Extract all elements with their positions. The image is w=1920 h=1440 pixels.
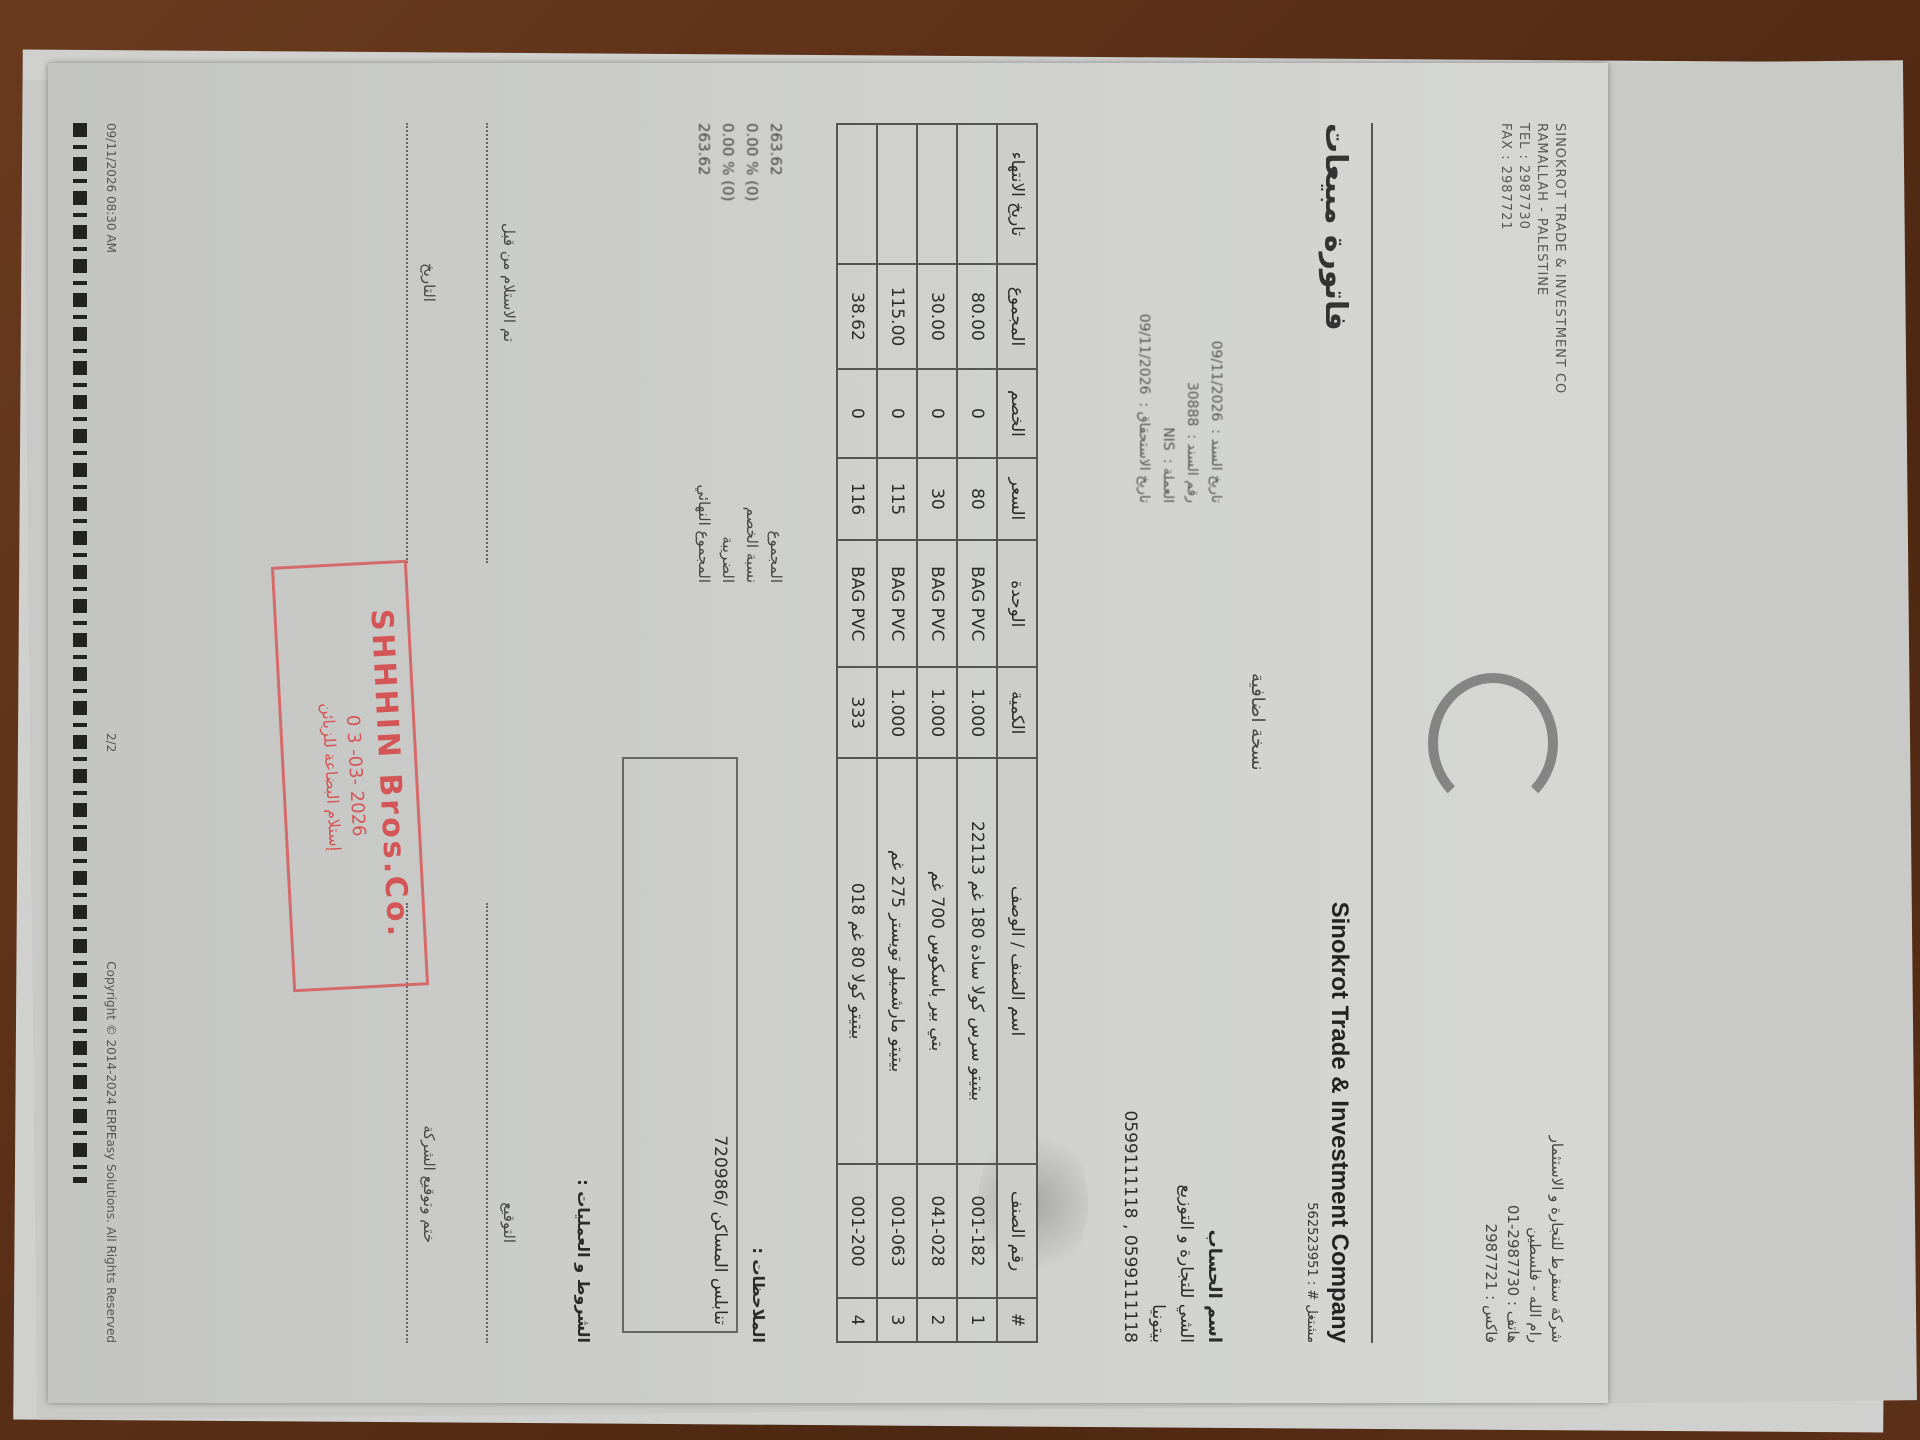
table-row: 1001-182بيتيتو سرس كولا سادة 180 غم 2211…	[957, 124, 997, 1342]
cell-code: 001-182	[957, 1164, 997, 1298]
cell-qty: 1.000	[917, 667, 957, 758]
cell-disc: 0	[877, 369, 917, 457]
table-row: 4001-200بيتيتو كولا 80 غم 018333BAG PVC1…	[837, 124, 877, 1342]
company-name: Sinokrot Trade & Investment Company	[1325, 902, 1353, 1343]
table-row: 3001-063بيتيتو مارشميلو تويستر 275 غم1.0…	[877, 124, 917, 1342]
totals-summary: المجموع263.62 نسبة الخصم0.00 % (0) الضري…	[692, 123, 788, 583]
invoice-meta: تاريخ السند :09/11/2026 رقم السند :30888…	[1132, 123, 1228, 503]
grand-total: 263.62	[692, 123, 716, 176]
cell-unit: BAG PVC	[877, 540, 917, 667]
cell-price: 115	[877, 458, 917, 541]
cell-disc: 0	[917, 369, 957, 457]
header-divider	[1371, 123, 1373, 1343]
invoice-date: 09/11/2026	[1204, 341, 1228, 422]
signature-line	[486, 903, 488, 1343]
account-phones: 0599111118 , 0599111118	[1116, 1110, 1144, 1343]
company-block: Sinokrot Trade & Investment Company 5625…	[1304, 902, 1353, 1343]
subtotal: 263.62	[764, 123, 788, 176]
cell-price: 30	[917, 458, 957, 541]
cell-unit: BAG PVC	[837, 540, 877, 667]
cell-unit: BAG PVC	[957, 540, 997, 667]
cell-code: 041-028	[917, 1164, 957, 1298]
cell-exp	[957, 124, 997, 264]
cell-unit: BAG PVC	[917, 540, 957, 667]
date-label: التاريخ	[420, 263, 438, 302]
cell-desc: بيتيتو سرس كولا سادة 180 غم 22113	[957, 758, 997, 1164]
cell-n: 1	[957, 1298, 997, 1342]
invoice-number: 30888	[1180, 382, 1204, 427]
cell-desc: بيتيتو كولا 80 غم 018	[837, 758, 877, 1164]
cell-n: 4	[837, 1298, 877, 1342]
cell-n: 3	[877, 1298, 917, 1342]
signature-label: التوقيع	[500, 1202, 518, 1243]
copyright: Copyright © 2014-2024 ERPEasy Solutions.…	[104, 961, 118, 1343]
red-stamp: SHHHIN Bros.Co. 0 3 -03- 2026 إستلام الب…	[271, 560, 429, 993]
items-table: # رقم الصنف اسم الصنف / الوصف الكمية الو…	[836, 123, 1038, 1343]
table-row: 2041-028بتي بير باسكوس 700 غم1.000BAG PV…	[917, 124, 957, 1342]
cell-disc: 0	[957, 369, 997, 457]
cell-price: 80	[957, 458, 997, 541]
notes-box: تنابلس المساكن /720986	[622, 757, 738, 1333]
company-stamp-label: ختم وتوقيع الشركة	[420, 1125, 438, 1243]
page-number: 2/2	[104, 733, 118, 752]
date-line	[406, 123, 408, 563]
account-block: اسم الحساب الشي للتجارة و التوزيع بيتوني…	[1116, 1110, 1228, 1343]
currency: NIS	[1156, 427, 1180, 451]
cell-desc: بيتيتو مارشميلو تويستر 275 غم	[877, 758, 917, 1164]
tax: 0.00 % (0)	[716, 123, 740, 201]
cell-total: 30.00	[917, 264, 957, 370]
table-header-row: # رقم الصنف اسم الصنف / الوصف الكمية الو…	[997, 124, 1037, 1342]
cell-total: 80.00	[957, 264, 997, 370]
barcode	[73, 123, 87, 1183]
letterhead: شركة سنقرط للتجارة و الاستثمار رام الله …	[1398, 123, 1568, 1343]
registration-number: 562523951 : # مشتغل	[1304, 902, 1319, 1343]
copy-label: نسخة اضافية	[1247, 673, 1268, 771]
received-by-line	[486, 123, 488, 563]
print-timestamp: 09/11/2026 08:30 AM	[104, 123, 118, 253]
cell-exp	[837, 124, 877, 264]
invoice-page: شركة سنقرط للتجارة و الاستثمار رام الله …	[48, 63, 1608, 1403]
cell-qty: 1.000	[957, 667, 997, 758]
cell-qty: 333	[837, 667, 877, 758]
cell-n: 2	[917, 1298, 957, 1342]
document-title: فاتورة مبيعات	[1318, 123, 1353, 331]
cell-total: 38.62	[837, 264, 877, 370]
cell-code: 001-200	[837, 1164, 877, 1298]
company-logo-icon	[1428, 673, 1558, 813]
cell-desc: بتي بير باسكوس 700 غم	[917, 758, 957, 1164]
invoice-photo: شركة سنقرط للتجارة و الاستثمار رام الله …	[48, 48, 1608, 1418]
cell-exp	[917, 124, 957, 264]
cell-price: 116	[837, 458, 877, 541]
cell-code: 001-063	[877, 1164, 917, 1298]
notes-label: الملاحظات :	[749, 1247, 768, 1343]
terms-label: الشروط و العمليات :	[574, 1179, 593, 1343]
account-name: الشي للتجارة و التوزيع	[1172, 1110, 1200, 1343]
cell-exp	[877, 124, 917, 264]
discount-rate: 0.00 % (0)	[740, 123, 764, 201]
cell-disc: 0	[837, 369, 877, 457]
account-city: بيتونيا	[1144, 1110, 1172, 1343]
company-address-en: SINOKROT TRADE & INVESTMENT CO RAMALLAH …	[1496, 123, 1568, 483]
cell-qty: 1.000	[877, 667, 917, 758]
company-address-ar: شركة سنقرط للتجارة و الاستثمار رام الله …	[1480, 983, 1568, 1343]
due-date: 09/11/2026	[1132, 314, 1156, 395]
received-by-label: تم الاستلام من قبل	[500, 223, 518, 342]
cell-total: 115.00	[877, 264, 917, 370]
